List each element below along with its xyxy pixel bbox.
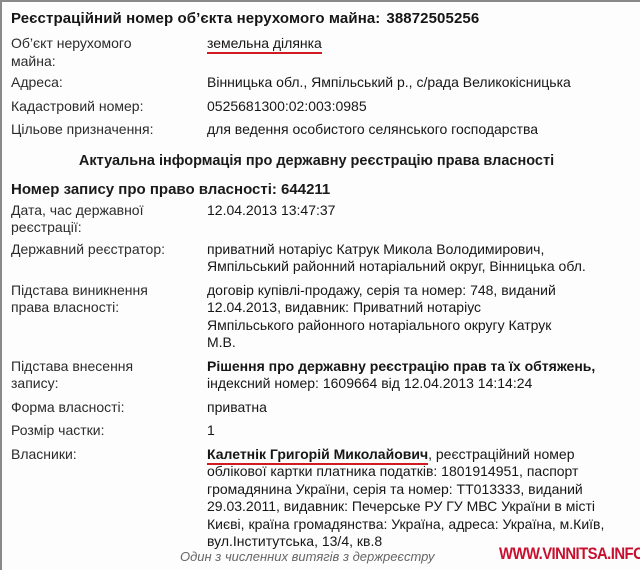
field-object-type: Об’єкт нерухомого майна: земельна ділянк… — [11, 35, 636, 70]
field-owners: Власники: Калетнік Григорій Миколайович,… — [11, 446, 636, 551]
field-value: 0525681300:02:003:0985 — [207, 98, 636, 116]
field-purpose: Цільове призначення: для ведення особист… — [11, 121, 636, 139]
field-record-basis: Підстава внесення запису: Рішення про де… — [11, 358, 636, 393]
owner-name: Калетнік Григорій Миколайович — [207, 446, 428, 465]
field-cadastral-number: Кадастровий номер: 0525681300:02:003:098… — [11, 98, 636, 116]
decision-text: Рішення про державну реєстрацію прав та … — [207, 358, 595, 374]
field-value: земельна ділянка — [207, 35, 636, 70]
field-address: Адреса: Вінницька обл., Ямпільський р., … — [11, 74, 636, 92]
field-ownership-form: Форма власності: приватна — [11, 399, 636, 417]
field-value: Калетнік Григорій Миколайович, реєстраці… — [207, 446, 636, 551]
field-label: Адреса: — [11, 74, 207, 92]
field-value: 1 — [207, 422, 636, 440]
object-type-underlined: земельна ділянка — [207, 35, 322, 54]
field-value: Рішення про державну реєстрацію прав та … — [207, 358, 636, 393]
index-number-text: індексний номер: 1609664 від 12.04.2013 … — [207, 375, 532, 391]
field-label: Кадастровий номер: — [11, 98, 207, 116]
field-value: 12.04.2013 13:47:37 — [207, 202, 636, 237]
field-value: договір купівлі-продажу, серія та номер:… — [207, 282, 636, 352]
registration-number-value: 38872505256 — [386, 10, 479, 27]
registration-number-heading: Реєстраційний номер об’єкта нерухомого м… — [11, 8, 636, 30]
field-label: Власники: — [11, 446, 207, 551]
site-watermark: WWW.VINNITSA.INFO — [499, 545, 640, 564]
field-value: приватний нотаріус Катрук Микола Володим… — [207, 241, 636, 276]
field-registrar: Державний реєстратор: приватний нотаріус… — [11, 241, 636, 276]
field-share-size: Розмір частки: 1 — [11, 422, 636, 440]
registration-number-label: Реєстраційний номер об’єкта нерухомого м… — [11, 10, 380, 27]
registry-extract: Реєстраційний номер об’єкта нерухомого м… — [11, 8, 636, 551]
field-ownership-basis: Підстава виникнення права власності: дог… — [11, 282, 636, 352]
field-label: Дата, час державної реєстрації: — [11, 202, 207, 237]
field-label: Державний реєстратор: — [11, 241, 207, 276]
field-value: Вінницька обл., Ямпільський р., с/рада В… — [207, 74, 636, 92]
section-title: Актуальна інформація про державну реєстр… — [11, 151, 636, 171]
document-frame: Реєстраційний номер об’єкта нерухомого м… — [0, 0, 640, 570]
field-label: Підстава виникнення права власності: — [11, 282, 207, 352]
field-value: приватна — [207, 399, 636, 417]
field-value: для ведення особистого селянського госпо… — [207, 121, 636, 139]
field-label: Форма власності: — [11, 399, 207, 417]
field-label: Розмір частки: — [11, 422, 207, 440]
record-number-heading: Номер запису про право власності: 644211 — [11, 180, 636, 200]
field-label: Цільове призначення: — [11, 121, 207, 139]
field-label: Підстава внесення запису: — [11, 358, 207, 393]
image-caption: Один з численних витягів з держреєстру — [180, 549, 434, 564]
field-registration-date: Дата, час державної реєстрації: 12.04.20… — [11, 202, 636, 237]
field-label: Об’єкт нерухомого майна: — [11, 35, 207, 70]
